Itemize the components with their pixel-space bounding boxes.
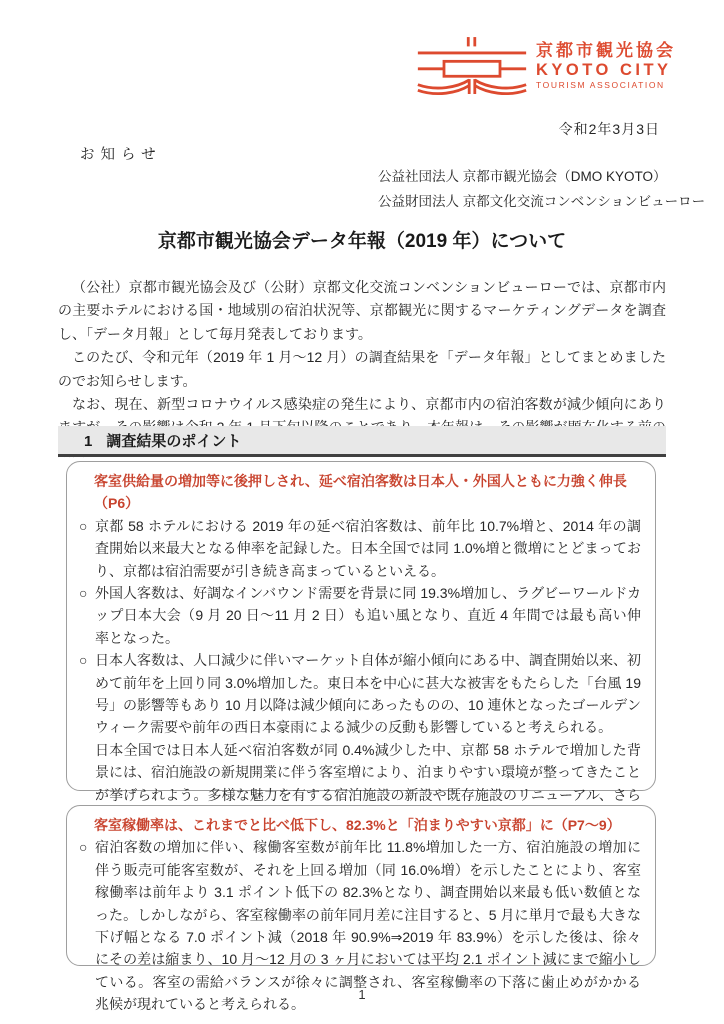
notice-label: お知らせ bbox=[80, 143, 162, 164]
bullet-text: 外国人客数は、好調なインバウンド需要を背景に同 19.3%増加し、ラグビーワール… bbox=[95, 582, 641, 649]
organization-line-2: 公益財団法人 京都文化交流コンベンションビューロー bbox=[378, 190, 705, 215]
intro-paragraph-2: このたび、令和元年（2019 年 1 月～12 月）の調査結果を「データ年報」と… bbox=[58, 346, 666, 393]
point-box-1-item-1: ○ 京都 58 ホテルにおける 2019 年の延べ宿泊客数は、前年比 10.7%… bbox=[79, 515, 641, 582]
bullet-text: 日本人客数は、人口減少に伴いマーケット自体が縮小傾向にある中、調査開始以来、初め… bbox=[95, 649, 641, 739]
intro-paragraph-1: （公社）京都市観光協会及び（公財）京都文化交流コンベンションビューローでは、京都… bbox=[58, 276, 666, 346]
logo-name-en-1: KYOTO CITY bbox=[536, 61, 676, 80]
point-box-guest-nights: 客室供給量の増加等に後押しされ、延べ宿泊客数は日本人・外国人ともに力強く伸長（P… bbox=[66, 461, 656, 791]
bullet-marker: ○ bbox=[79, 515, 95, 582]
section-1-heading: 調査結果のポイント bbox=[106, 433, 241, 450]
document-page: 京都市観光協会 KYOTO CITY TOURISM ASSOCIATION 令… bbox=[0, 0, 724, 1024]
bullet-text: 京都 58 ホテルにおける 2019 年の延べ宿泊客数は、前年比 10.7%増と… bbox=[95, 515, 641, 582]
point-box-1-heading: 客室供給量の増加等に後押しされ、延べ宿泊客数は日本人・外国人ともに力強く伸長（P… bbox=[79, 470, 641, 515]
organization-line-1: 公益社団法人 京都市観光協会（DMO KYOTO） bbox=[378, 165, 705, 190]
bullet-marker: ○ bbox=[79, 649, 95, 739]
point-box-occupancy-rate: 客室稼働率は、これまでと比べ低下し、82.3%と「泊まりやすい京都」に（P7～9… bbox=[66, 805, 656, 966]
point-box-1-item-3: ○ 日本人客数は、人口減少に伴いマーケット自体が縮小傾向にある中、調査開始以来、… bbox=[79, 649, 641, 739]
logo-name-en-2: TOURISM ASSOCIATION bbox=[536, 80, 676, 91]
document-date: 令和2年3月3日 bbox=[559, 119, 660, 139]
kyoto-logo-mark-icon bbox=[416, 34, 528, 98]
logo: 京都市観光協会 KYOTO CITY TOURISM ASSOCIATION bbox=[416, 34, 676, 98]
page-title: 京都市観光協会データ年報（2019 年）について bbox=[0, 226, 724, 253]
logo-text: 京都市観光協会 KYOTO CITY TOURISM ASSOCIATION bbox=[536, 41, 676, 91]
bullet-marker: ○ bbox=[79, 582, 95, 649]
section-1-number: 1 bbox=[84, 433, 92, 450]
point-box-1-item-2: ○ 外国人客数は、好調なインバウンド需要を背景に同 19.3%増加し、ラグビーワ… bbox=[79, 582, 641, 649]
section-1-header: 1調査結果のポイント bbox=[58, 426, 666, 457]
point-box-2-heading: 客室稼働率は、これまでと比べ低下し、82.3%と「泊まりやすい京都」に（P7～9… bbox=[79, 814, 641, 836]
logo-name-jp: 京都市観光協会 bbox=[536, 41, 676, 61]
page-number: 1 bbox=[0, 987, 724, 1002]
organization-lines: 公益社団法人 京都市観光協会（DMO KYOTO） 公益財団法人 京都文化交流コ… bbox=[378, 165, 705, 214]
